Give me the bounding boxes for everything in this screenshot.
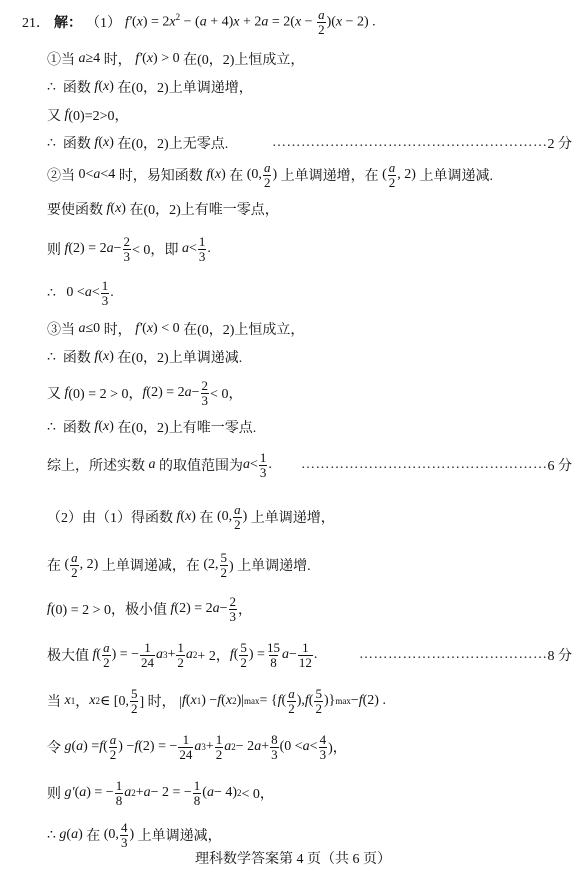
case2-inequality: 则 f(2) = 2a − 23 < 0，即 a < 13.	[47, 232, 211, 266]
part2-g-decreasing: ∴ g(a) 在 (0, 43) 上单调递减，	[47, 818, 222, 852]
solution-header-line: 21． 解： （1） f′(x) = 2x2 − (a + 4)x + 2a =…	[22, 5, 376, 39]
page-footer: 理科数学答案第 4 页（共 6 页）	[0, 848, 586, 868]
part2-g-derivative: 则 g′(a) = − 18a2 + a − 2 = − 18(a − 4)2 …	[47, 776, 274, 810]
derivative-formula: f′(x) = 2x2 − (a + 4)x + 2a = 2(x − a2)(…	[125, 8, 376, 37]
part1-label: （1）	[86, 12, 121, 32]
part2-max-difference: 当 x1，x2 ∈ [0, 52] 时， |f(x1) − f(x2)|max …	[47, 684, 386, 718]
score-marker-2: …………………………………………………2 分	[272, 126, 572, 160]
part2-local-min: f(0) = 2 > 0，极小值 f(2) = 2a − 23，	[47, 592, 252, 626]
part1-summary: 综上，所述实数 a 的取值范围为a < 13.	[47, 448, 272, 482]
part2-intro: （2）由（1）得函数 f(x) 在 (0, a2) 上单调递增，	[47, 500, 335, 534]
part2-define-g: 令 g(a) = f(a2) − f(2) = − 124a3 + 12a2 −…	[47, 730, 347, 764]
case3-values: 又 f(0) = 2 > 0，f(2) = 2a − 23 < 0，	[47, 376, 242, 410]
problem-number: 21．	[22, 12, 50, 32]
case3-monotonic: ∴ 函数 f(x) 在(0，2)上单调递减.	[47, 340, 242, 374]
case2-condition: ②当 0<a<4 时，易知函数 f(x) 在 (0, a2) 上单调递增，在 (…	[47, 158, 493, 192]
score-marker-6: ……………………………………………6 分	[301, 448, 572, 482]
case3-conclusion: ∴ 函数 f(x) 在(0，2)上有唯一零点.	[47, 410, 256, 444]
case1-conclusion: ∴ 函数 f(x) 在(0，2)上无零点.	[47, 126, 228, 160]
part2-local-max: 极大值 f(a2) = − 124a3 + 12a2 + 2， f(52) = …	[47, 638, 317, 672]
part2-monotonic: 在 (a2, 2) 上单调递减，在 (2,52) 上单调递增.	[47, 548, 311, 582]
solution-label: 解：	[54, 12, 82, 32]
score-marker-8: …………………………………8 分	[359, 638, 572, 672]
case2-requirement: 要使函数 f(x) 在(0，2)上有唯一零点，	[47, 192, 279, 226]
case2-conclusion: ∴ 0 < a < 13.	[47, 276, 114, 310]
